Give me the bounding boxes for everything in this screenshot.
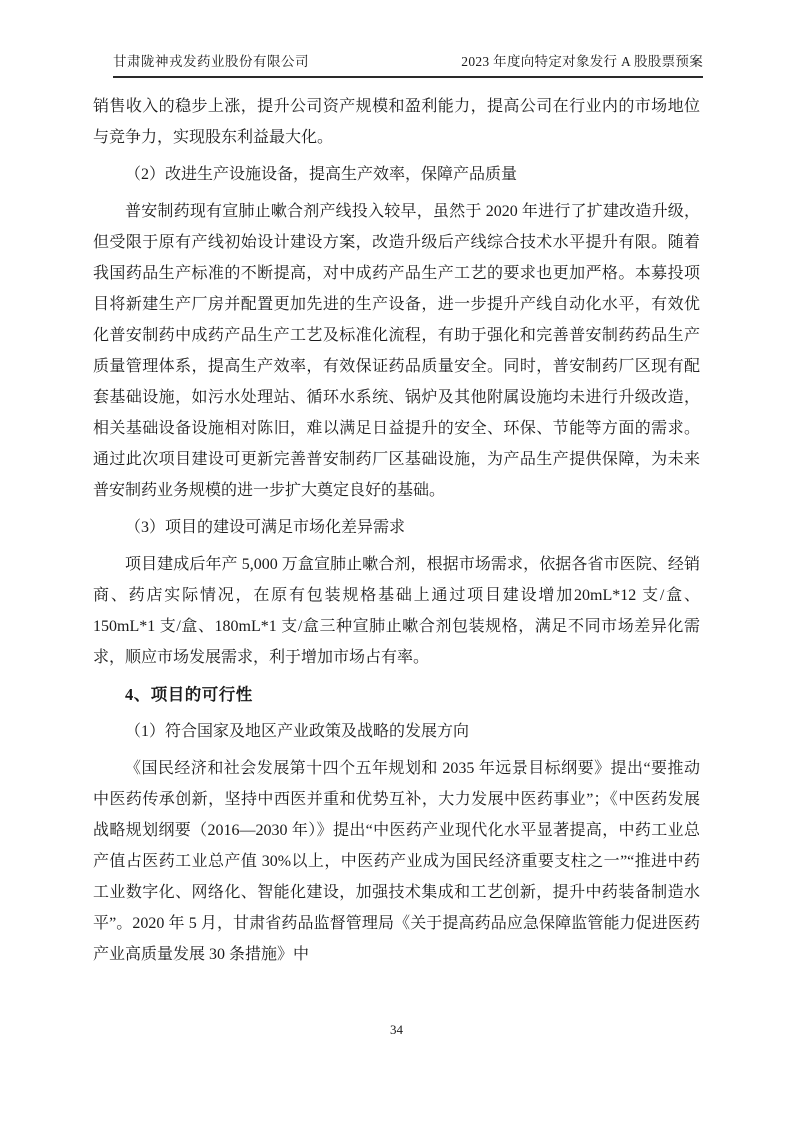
paragraph-continuation: 销售收入的稳步上涨，提升公司资产规模和盈利能力，提高公司在行业内的市场地位与竞争… [93, 91, 700, 153]
document-body: 销售收入的稳步上涨，提升公司资产规模和盈利能力，提高公司在行业内的市场地位与竞争… [93, 91, 700, 976]
page-header: 甘肃陇神戎发药业股份有限公司 2023 年度向特定对象发行 A 股股票预案 [113, 53, 703, 78]
section-subheading-1: （1）符合国家及地区产业政策及战略的发展方向 [93, 716, 700, 747]
document-page: 甘肃陇神戎发药业股份有限公司 2023 年度向特定对象发行 A 股股票预案 销售… [0, 0, 793, 1122]
section-subheading-3: （3）项目的建设可满足市场化差异需求 [93, 512, 700, 543]
section-subheading-2: （2）改进生产设施设备，提高生产效率，保障产品质量 [93, 159, 700, 190]
paragraph: 普安制药现有宣肺止嗽合剂产线投入较早，虽然于 2020 年进行了扩建改造升级，但… [93, 196, 700, 506]
header-doc-title: 2023 年度向特定对象发行 A 股股票预案 [461, 53, 703, 71]
page-number: 34 [390, 1022, 403, 1037]
paragraph: 《国民经济和社会发展第十四个五年规划和 2035 年远景目标纲要》提出“要推动中… [93, 753, 700, 970]
paragraph: 项目建成后年产 5,000 万盒宣肺止嗽合剂，根据市场需求，依据各省市医院、经销… [93, 549, 700, 673]
header-company-name: 甘肃陇神戎发药业股份有限公司 [113, 53, 309, 71]
section-heading-feasibility: 4、项目的可行性 [93, 679, 700, 710]
page-footer: 34 [0, 1021, 793, 1039]
